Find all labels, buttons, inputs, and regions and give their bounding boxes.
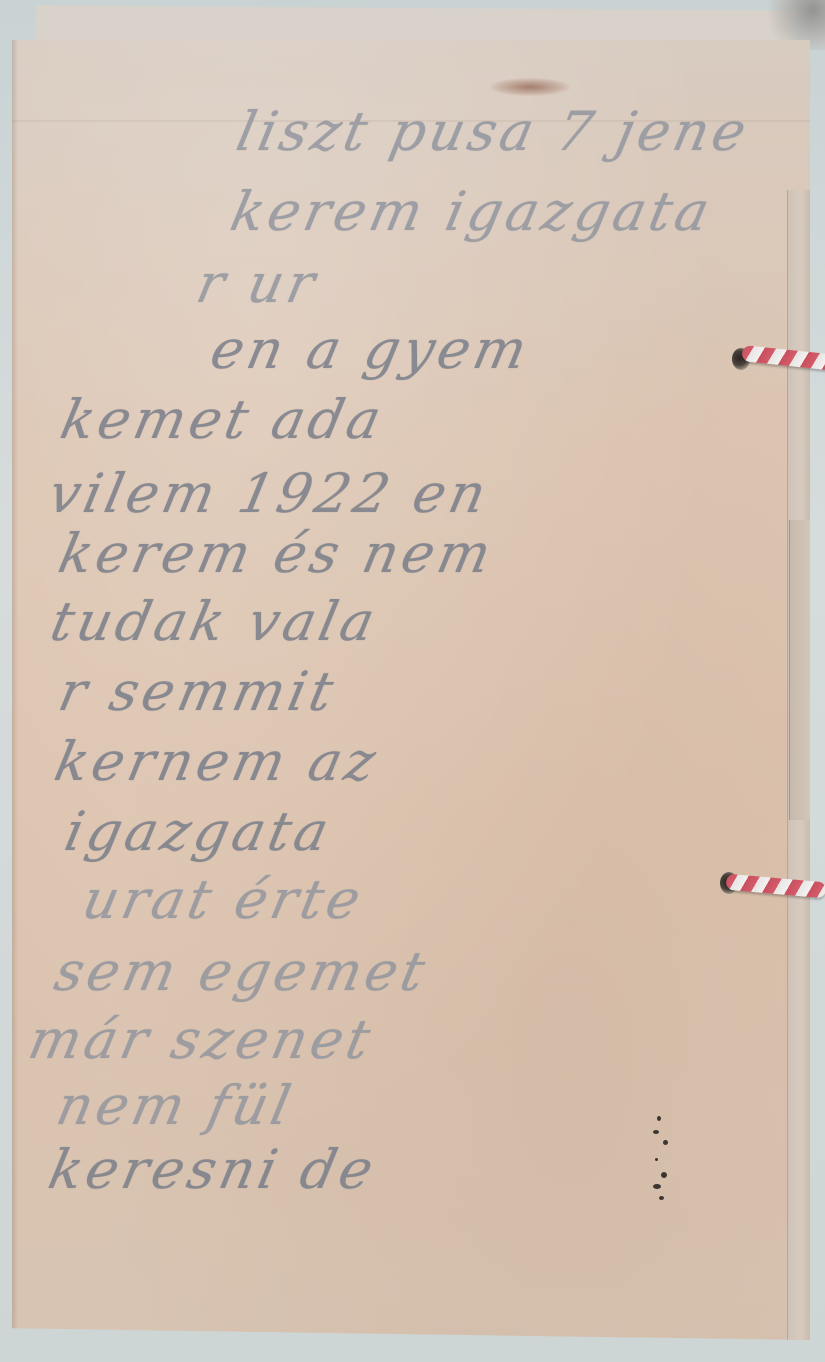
- text-line-10: kernem az: [49, 730, 385, 793]
- text-line-6: vilem 1922 en: [43, 462, 495, 525]
- text-line-12: urat érte: [77, 868, 369, 931]
- handwritten-text: liszt pusa 7 jene kerem igazgata r ur en…: [0, 0, 825, 1362]
- text-line-2: kerem igazgata: [225, 180, 718, 243]
- text-line-14: már szenet: [23, 1008, 379, 1071]
- text-line-11: igazgata: [59, 800, 338, 863]
- photo-scene: liszt pusa 7 jene kerem igazgata r ur en…: [0, 0, 825, 1362]
- text-line-4: en a gyem: [205, 318, 536, 381]
- text-line-1: liszt pusa 7 jene: [231, 100, 755, 163]
- text-line-9: r semmit: [53, 660, 342, 723]
- text-line-7: kerem és nem: [53, 522, 500, 585]
- text-line-13: sem egemet: [49, 940, 434, 1003]
- text-line-5: kemet ada: [55, 388, 390, 451]
- text-line-8: tudak vala: [45, 590, 384, 653]
- text-line-16: keresni de: [43, 1138, 382, 1201]
- text-line-15: nem fül: [51, 1074, 300, 1137]
- text-line-3: r ur: [191, 252, 324, 315]
